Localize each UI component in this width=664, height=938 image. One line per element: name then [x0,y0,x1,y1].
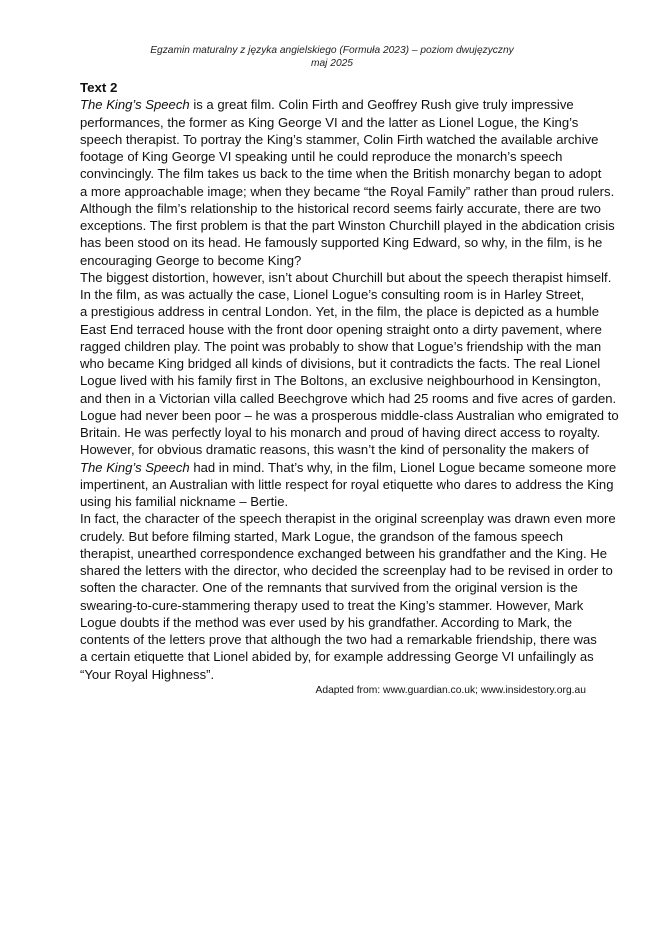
text-line: a certain etiquette that Lionel abided b… [80,648,600,665]
text-line: ragged children play. The point was prob… [80,338,600,355]
text-line: exceptions. The first problem is that th… [80,217,600,234]
text-line: crudely. But before filming started, Mar… [80,528,600,545]
text-line: The King’s Speech is a great film. Colin… [80,96,600,113]
text-line: Although the film’s relationship to the … [80,200,600,217]
text-line: encouraging George to become King? [80,252,600,269]
reading-text: Text 2 The King’s Speech is a great film… [80,79,600,699]
text-line: has been stood on its head. He famously … [80,234,600,251]
text-line: a prestigious address in central London.… [80,303,600,320]
text-line: impertinent, an Australian with little r… [80,476,600,493]
text-line: footage of King George VI speaking until… [80,148,600,165]
source-attribution: Adapted from: www.guardian.co.uk; www.in… [80,683,586,699]
text-line: therapist, unearthed correspondence exch… [80,545,600,562]
film-title: The King’s Speech [80,460,190,475]
text-line: The King’s Speech had in mind. That’s wh… [80,459,600,476]
exam-header-title: Egzamin maturalny z języka angielskiego … [0,44,664,57]
text-line: Logue lived with his family first in The… [80,372,600,389]
text-line: swearing-to-cure-stammering therapy used… [80,597,600,614]
exam-header-date: maj 2025 [0,57,664,70]
text-title: Text 2 [80,79,600,96]
text-line: performances, the former as King George … [80,114,600,131]
text-line: and then in a Victorian villa called Bee… [80,390,600,407]
text-body: The King’s Speech is a great film. Colin… [80,96,600,683]
text-line: “Your Royal Highness”. [80,666,600,683]
text-line-rest: is a great film. Colin Firth and Geoffre… [190,97,574,112]
text-line: who became King bridged all kinds of div… [80,355,600,372]
text-line: speech therapist. To portray the King’s … [80,131,600,148]
text-line: Britain. He was perfectly loyal to his m… [80,424,600,441]
text-line: shared the letters with the director, wh… [80,562,600,579]
text-line: In fact, the character of the speech the… [80,510,600,527]
text-line: contents of the letters prove that altho… [80,631,600,648]
text-line: The biggest distortion, however, isn’t a… [80,269,600,286]
exam-header: Egzamin maturalny z języka angielskiego … [0,44,664,70]
text-line: However, for obvious dramatic reasons, t… [80,441,600,458]
text-line: Logue had never been poor – he was a pro… [80,407,600,424]
text-line: soften the character. One of the remnant… [80,579,600,596]
text-line: Logue doubts if the method was ever used… [80,614,600,631]
text-line: In the film, as was actually the case, L… [80,286,600,303]
text-line-rest: had in mind. That’s why, in the film, Li… [190,460,617,475]
film-title: The King’s Speech [80,97,190,112]
text-line: a more approachable image; when they bec… [80,183,600,200]
text-line: using his familial nickname – Bertie. [80,493,600,510]
text-line: East End terraced house with the front d… [80,321,600,338]
text-line: convincingly. The film takes us back to … [80,165,600,182]
